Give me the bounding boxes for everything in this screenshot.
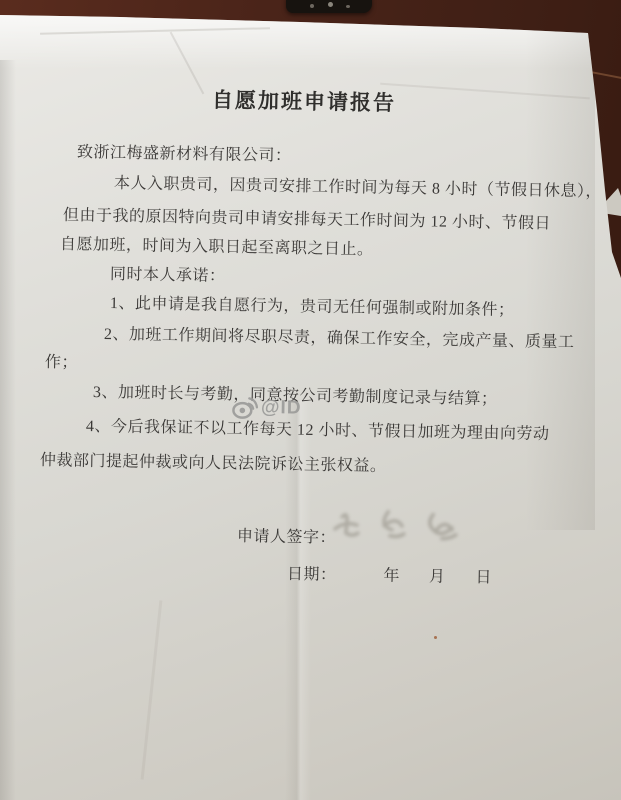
date-month-unit: 月 <box>429 568 446 585</box>
clause-4-wrap-line: 仲裁部门提起仲裁或向人民法院诉讼主张权益。 <box>40 447 387 476</box>
document-title: 自愿加班申请报告 <box>212 84 396 117</box>
date-label: 日期： <box>287 566 337 584</box>
handwritten-signature <box>330 503 481 556</box>
body-line: 但由于我的原因特向贵司申请安排每天工作时间为 12 小时、节假日 <box>63 202 551 234</box>
clause-2-line: 2、加班工作期间将尽职尽责，确保工作安全，完成产量、质量工 <box>104 321 575 352</box>
date-day-unit: 日 <box>475 569 492 586</box>
promise-intro-line: 同时本人承诺： <box>110 261 226 286</box>
weibo-icon <box>231 394 259 419</box>
date-row: 日期：年月日 <box>287 561 492 588</box>
signature-label: 申请人签字： <box>237 523 336 548</box>
date-year-unit: 年 <box>383 568 400 585</box>
body-line: 自愿加班，时间为入职日起至离职之日止。 <box>60 231 374 259</box>
clause-2-wrap-line: 作； <box>45 349 78 373</box>
body-line: 本人入职贵司，因贵司安排工作时间为每天 8 小时（节假日休息）， <box>114 170 602 202</box>
watermark-text: @ID <box>261 396 302 419</box>
document-content: 自愿加班申请报告 致浙江梅盛新材料有限公司： 本人入职贵司，因贵司安排工作时间为… <box>0 0 621 800</box>
document-photo: 自愿加班申请报告 致浙江梅盛新材料有限公司： 本人入职贵司，因贵司安排工作时间为… <box>0 0 621 800</box>
watermark: @ID <box>231 394 302 420</box>
paper-sheet: 自愿加班申请报告 致浙江梅盛新材料有限公司： 本人入职贵司，因贵司安排工作时间为… <box>0 0 621 800</box>
clause-4-line: 4、今后我保证不以工作每天 12 小时、节假日加班为理由向劳动 <box>86 413 550 444</box>
black-device-edge <box>286 0 372 13</box>
clause-1-line: 1、此申请是我自愿行为，贵司无任何强制或附加条件； <box>110 290 515 320</box>
salutation-line: 致浙江梅盛新材料有限公司： <box>77 139 292 166</box>
